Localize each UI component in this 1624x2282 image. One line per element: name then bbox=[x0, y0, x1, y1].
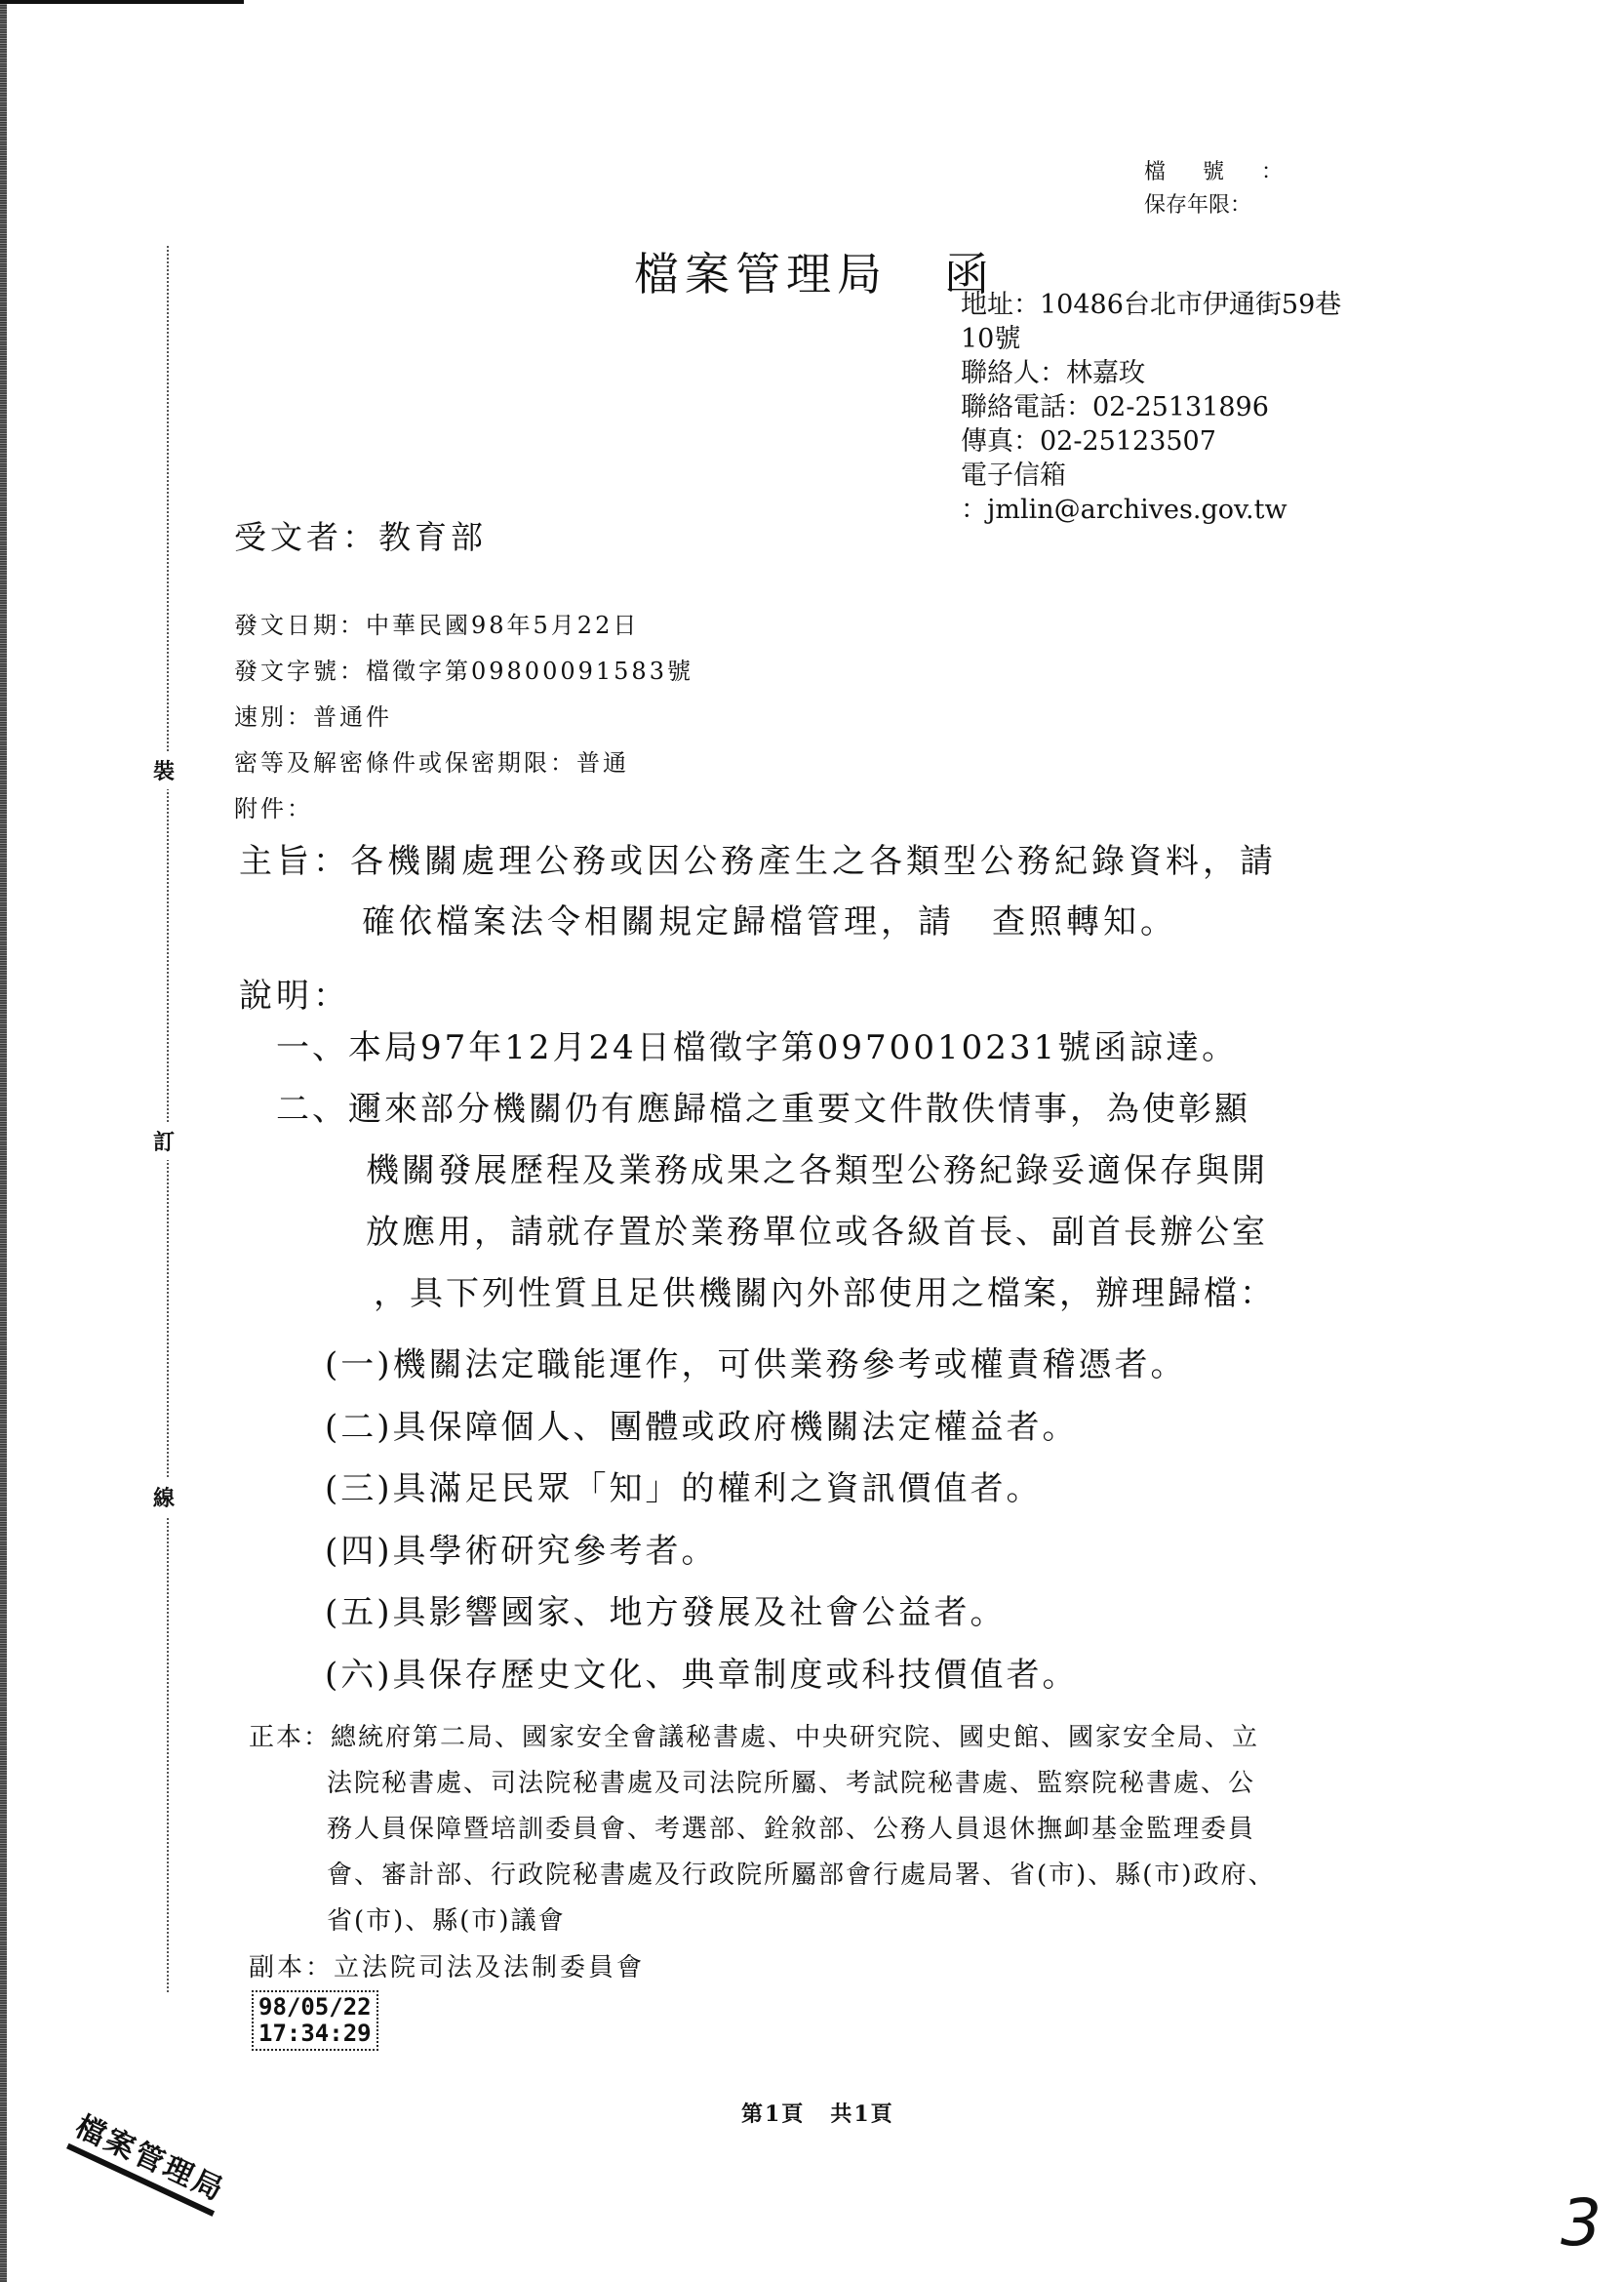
recipient: 受文者：教育部 bbox=[234, 512, 487, 558]
timestamp-date: 98/05/22 bbox=[258, 1994, 372, 2021]
subject-line1: 主旨：各機關處理公務或因公務產生之各類型公務紀錄資料，請 bbox=[239, 831, 1277, 892]
retention-row: 保存年限： bbox=[1144, 189, 1283, 222]
subject-line2: 確依檔案法令相關規定歸檔管理，請 查照轉知。 bbox=[239, 892, 1277, 952]
copy-recipients: 副本：立法院司法及法制委員會 bbox=[249, 1947, 645, 1983]
email-label: 電子信箱 bbox=[961, 459, 1341, 493]
original-recipients-line5: 省(市)、縣(市)議會 bbox=[249, 1899, 1276, 1944]
original-recipients-line4: 會、審計部、行政院秘書處及行政院所屬部會行處局署、省(市)、縣(市)政府、 bbox=[249, 1853, 1276, 1899]
contact-fax: 傳真：02-25123507 bbox=[961, 424, 1341, 459]
contact-email: ：jmlin@archives.gov.tw bbox=[961, 493, 1341, 527]
explanation-label: 說明： bbox=[239, 969, 350, 1017]
page-current: 第1頁 bbox=[741, 2102, 805, 2127]
page-total: 共1頁 bbox=[830, 2102, 893, 2127]
scan-edge-left bbox=[0, 0, 7, 2282]
contact-block: 地址：10486台北市伊通街59巷 10號 聯絡人：林嘉玫 聯絡電話：02-25… bbox=[961, 288, 1341, 527]
document-number: 發文字號：檔徵字第09800091583號 bbox=[234, 649, 693, 695]
contact-phone: 聯絡電話：02-25131896 bbox=[961, 390, 1341, 424]
file-meta-block: 檔號： 保存年限： bbox=[1144, 156, 1283, 222]
file-number-colon: ： bbox=[1261, 156, 1283, 189]
original-recipients: 正本：總統府第二局、國家安全會議秘書處、中央研究院、國史館、國家安全局、立 法院… bbox=[249, 1715, 1276, 1944]
timestamp-time: 17:34:29 bbox=[258, 2021, 372, 2047]
agency-name: 檔案管理局 bbox=[634, 248, 888, 300]
attachments: 附件： bbox=[234, 786, 693, 832]
address-line1: 地址：10486台北市伊通街59巷 bbox=[961, 288, 1341, 322]
explanation-item-2-line1: 二、邇來部分機關仍有應歸檔之重要文件散佚情事，為使彰顯 bbox=[276, 1079, 1276, 1141]
delivery-speed: 速別：普通件 bbox=[234, 695, 693, 741]
document-meta: 發文日期：中華民國98年5月22日 發文字號：檔徵字第09800091583號 … bbox=[234, 603, 693, 832]
original-recipients-line2: 法院秘書處、司法院秘書處及司法院所屬、考試院秘書處、監察院秘書處、公 bbox=[249, 1761, 1276, 1807]
explanation-item-1: 一、本局97年12月24日檔徵字第0970010231號函諒達。 bbox=[276, 1018, 1276, 1079]
binding-mark-xian: 線 bbox=[153, 1478, 175, 1516]
criteria-item: (三)具滿足民眾「知」的權利之資訊價值者。 bbox=[325, 1459, 1187, 1521]
retention-label: 保存年限 bbox=[1144, 189, 1230, 222]
binding-mark-ding: 訂 bbox=[153, 1122, 175, 1160]
criteria-item: (一)機關法定職能運作，可供業務參考或權責稽憑者。 bbox=[325, 1335, 1187, 1397]
document-title: 檔案管理局函 bbox=[634, 239, 995, 303]
handwritten-page-mark: 3 bbox=[1561, 2185, 1602, 2261]
classification: 密等及解密條件或保密期限：普通 bbox=[234, 741, 693, 786]
binding-dotted-line bbox=[167, 246, 169, 1992]
binding-mark-zhuang: 裝 bbox=[153, 751, 175, 789]
subject-block: 主旨：各機關處理公務或因公務產生之各類型公務紀錄資料，請 確依檔案法令相關規定歸… bbox=[239, 831, 1277, 952]
scan-edge-top bbox=[0, 0, 244, 4]
file-number-label: 檔號 bbox=[1144, 156, 1261, 189]
address-line2: 10號 bbox=[961, 322, 1341, 356]
criteria-list: (一)機關法定職能運作，可供業務參考或權責稽憑者。 (二)具保障個人、團體或政府… bbox=[325, 1335, 1187, 1706]
page-number: 第1頁共1頁 bbox=[741, 2098, 894, 2128]
criteria-item: (六)具保存歷史文化、典章制度或科技價值者。 bbox=[325, 1645, 1187, 1707]
explanation-item-2-line2: 機關發展歷程及業務成果之各類型公務紀錄妥適保存與開 bbox=[276, 1141, 1276, 1202]
timestamp-stamp: 98/05/22 17:34:29 bbox=[252, 1990, 378, 2051]
criteria-item: (四)具學術研究參考者。 bbox=[325, 1521, 1187, 1583]
explanation-item-2-line4: ，具下列性質且足供機關內外部使用之檔案，辦理歸檔： bbox=[276, 1263, 1276, 1325]
contact-person: 聯絡人：林嘉玫 bbox=[961, 356, 1341, 390]
explanation-item-2-line3: 放應用，請就存置於業務單位或各級首長、副首長辦公室 bbox=[276, 1202, 1276, 1263]
explanation-block: 一、本局97年12月24日檔徵字第0970010231號函諒達。 二、邇來部分機… bbox=[276, 1018, 1276, 1325]
agency-seal-stamp: 檔案管理局 bbox=[66, 2102, 234, 2217]
criteria-item: (二)具保障個人、團體或政府機關法定權益者。 bbox=[325, 1397, 1187, 1460]
criteria-item: (五)具影響國家、地方發展及社會公益者。 bbox=[325, 1582, 1187, 1645]
file-number-row: 檔號： bbox=[1144, 156, 1283, 189]
original-recipients-line3: 務人員保障暨培訓委員會、考選部、銓敘部、公務人員退休撫卹基金監理委員 bbox=[249, 1807, 1276, 1853]
retention-colon: ： bbox=[1230, 189, 1251, 222]
issue-date: 發文日期：中華民國98年5月22日 bbox=[234, 603, 693, 649]
original-recipients-line1: 正本：總統府第二局、國家安全會議秘書處、中央研究院、國史館、國家安全局、立 bbox=[249, 1715, 1276, 1761]
